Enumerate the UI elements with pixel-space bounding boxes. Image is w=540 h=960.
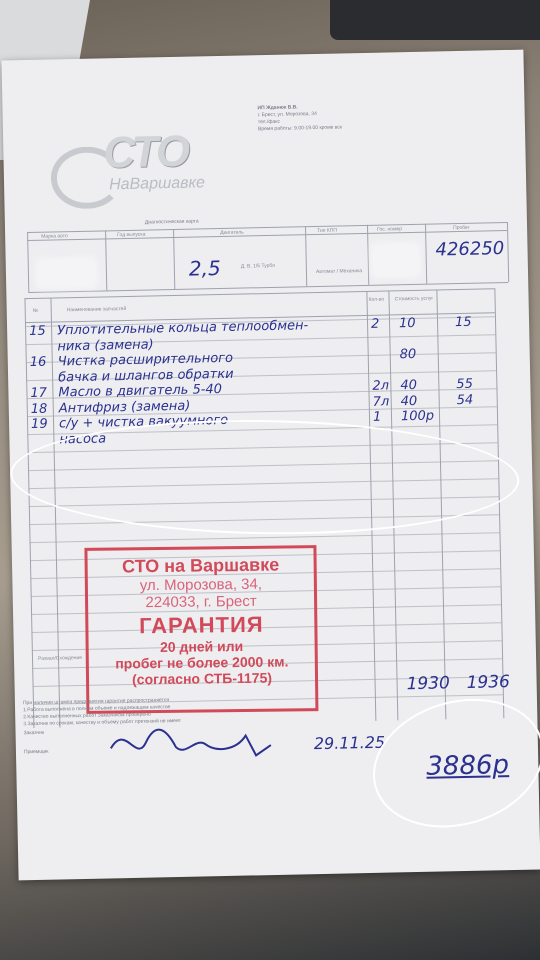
date-handwritten: 29.11.25	[314, 733, 386, 753]
company-logo: СТО НаВаршавке	[48, 124, 240, 208]
row-extra: 54	[457, 392, 474, 407]
warranty-stamp: СТО на Варшавке ул. Морозова, 34, 224033…	[84, 545, 318, 714]
mileage-value: 426250	[435, 238, 504, 260]
row-cost: 40	[401, 393, 418, 408]
stamp-mileage: пробег не более 2000 км.	[89, 653, 315, 672]
redacted-make	[36, 257, 99, 290]
kpp-value: Автомат / Механика	[316, 268, 362, 275]
stamp-standard: (согласно СТБ-1175)	[89, 669, 315, 688]
row-cost: 80	[400, 347, 417, 362]
doc-title: Диагностическая карта	[145, 218, 199, 225]
logo-subtitle: НаВаршавке	[109, 174, 205, 194]
row-cost: 40	[400, 378, 417, 393]
redacted-plate	[370, 242, 421, 279]
row-qty: 1	[373, 410, 382, 425]
org-header: ИП Жданюк В.В. г. Брест, ул. Морозова, 3…	[257, 100, 498, 133]
row-qty: 2	[371, 317, 380, 332]
stamp-city: 224033, г. Брест	[88, 592, 314, 612]
subtotal-2: 1936	[466, 672, 510, 693]
row-num: 17	[30, 386, 47, 401]
subtotal-1: 1930	[406, 673, 450, 694]
alignment-label: Развал/Схождение	[38, 655, 82, 662]
col-qty: Кол-во	[369, 297, 389, 303]
col-engine: Двигатель	[220, 230, 244, 236]
row-num: 18	[31, 401, 48, 416]
stamp-warranty: ГАРАНТИЯ	[88, 611, 314, 640]
total-oval	[357, 679, 540, 847]
highlight-oval	[9, 417, 520, 538]
row-num: 19	[31, 417, 48, 432]
col-name: Наименование запчастей	[67, 306, 127, 313]
col-year: Год выпуска	[117, 232, 145, 239]
invoice-sheet: СТО НаВаршавке ИП Жданюк В.В. г. Брест, …	[1, 50, 540, 881]
engine-note: Д. В. 1/5 Турбо	[241, 263, 275, 270]
row-extra: 15	[455, 315, 472, 330]
signature	[105, 715, 286, 769]
row-num: 16	[30, 355, 47, 370]
col-make: Марка авто	[41, 233, 68, 240]
row-num: 15	[29, 324, 46, 339]
engine-volume: 2,5	[189, 256, 221, 281]
row-cost: 10	[399, 316, 416, 331]
stamp-title: СТО на Варшавке	[88, 554, 314, 578]
row-cost: 100р	[401, 409, 434, 425]
row-qty: 2л	[372, 379, 389, 394]
col-plate: Гос. номер	[377, 226, 402, 233]
col-mileage: Пробег	[453, 225, 470, 231]
row-name: Масло в двигатель 5-40	[58, 382, 222, 400]
col-num: №	[33, 308, 38, 314]
row-extra: 55	[456, 377, 473, 392]
col-cost: Стоимость услуг	[394, 296, 434, 303]
background-object	[330, 0, 540, 40]
logo-brand: СТО	[103, 127, 189, 179]
col-kpp: Тип КПП	[317, 228, 337, 234]
row-name: ника (замена)	[57, 337, 153, 354]
row-qty: 7л	[373, 394, 390, 409]
